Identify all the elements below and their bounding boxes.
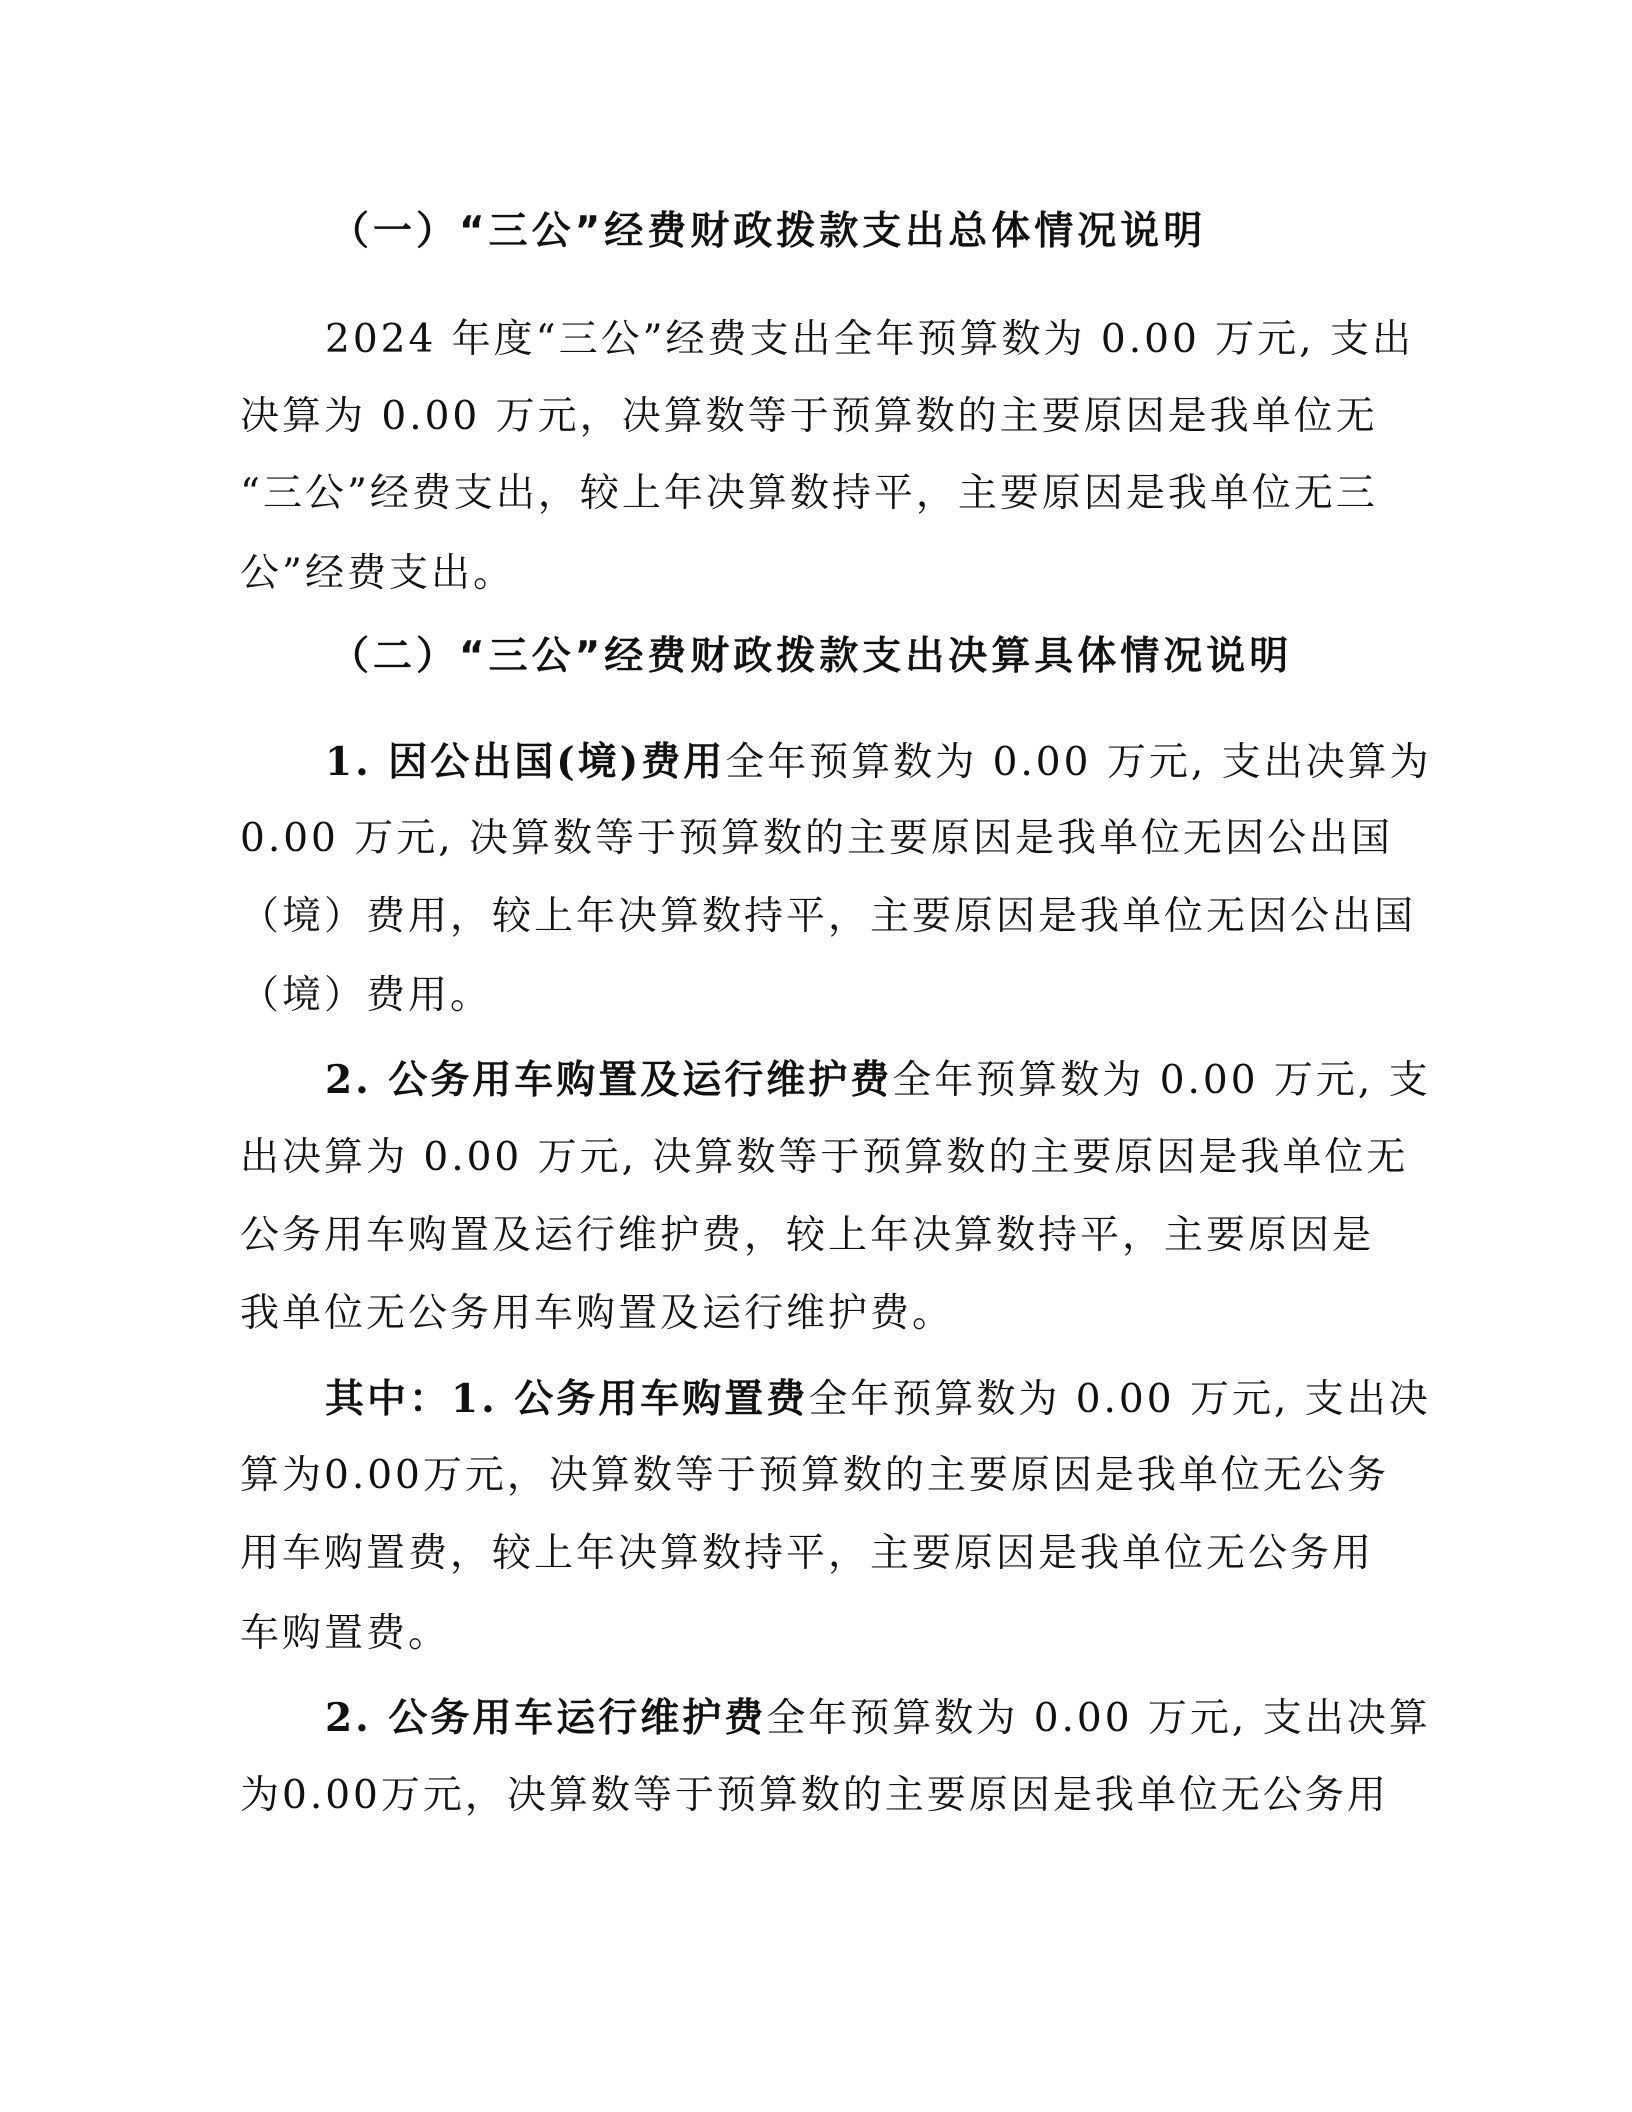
paragraph-line: 2. 公务用车运行维护费全年预算数为 0.00 万元, 支出决算: [325, 1694, 1475, 1743]
item-title: 1. 因公出国(境)费用: [325, 739, 725, 785]
paragraph-line: 公务用车购置及运行维护费，较上年决算数持平，主要原因是: [240, 1212, 1390, 1260]
paragraph-line: 2. 公务用车购置及运行维护费全年预算数为 0.00 万元, 支: [325, 1056, 1475, 1105]
paragraph-line: 算为0.00万元，决算数等于预算数的主要原因是我单位无公务: [240, 1452, 1390, 1500]
paragraph-line: 其中：1. 公务用车购置费全年预算数为 0.00 万元, 支出决: [325, 1375, 1475, 1424]
section-heading-2: （二）“三公”经费财政拨款支出决算具体情况说明: [330, 633, 1480, 681]
paragraph-line: 为0.00万元，决算数等于预算数的主要原因是我单位无公务用: [240, 1772, 1390, 1820]
paragraph-line: “三公”经费支出，较上年决算数持平，主要原因是我单位无三: [240, 470, 1390, 518]
paragraph-line: 出决算为 0.00 万元, 决算数等于预算数的主要原因是我单位无: [240, 1134, 1390, 1182]
paragraph-line: 2024 年度“三公”经费支出全年预算数为 0.00 万元, 支出: [325, 316, 1475, 364]
paragraph-line: 我单位无公务用车购置及运行维护费。: [240, 1290, 1390, 1338]
paragraph-line: 1. 因公出国(境)费用全年预算数为 0.00 万元, 支出决算为: [325, 738, 1475, 787]
paragraph-line: 车购置费。: [240, 1610, 1390, 1658]
item-title: 2. 公务用车购置及运行维护费: [325, 1057, 892, 1103]
paragraph-line: 公”经费支出。: [240, 550, 1390, 598]
paragraph-line: 0.00 万元, 决算数等于预算数的主要原因是我单位无因公出国: [240, 815, 1390, 863]
paragraph-line: （境）费用。: [240, 972, 1390, 1020]
item-title: 1. 公务用车购置费: [451, 1376, 808, 1422]
section-heading-1: （一）“三公”经费财政拨款支出总体情况说明: [330, 208, 1480, 256]
paragraph-line: 用车购置费，较上年决算数持平，主要原因是我单位无公务用: [240, 1530, 1390, 1578]
item-title: 2. 公务用车运行维护费: [325, 1695, 766, 1741]
paragraph-line: （境）费用，较上年决算数持平，主要原因是我单位无因公出国: [240, 893, 1390, 941]
paragraph-line: 决算为 0.00 万元，决算数等于预算数的主要原因是我单位无: [240, 393, 1390, 441]
